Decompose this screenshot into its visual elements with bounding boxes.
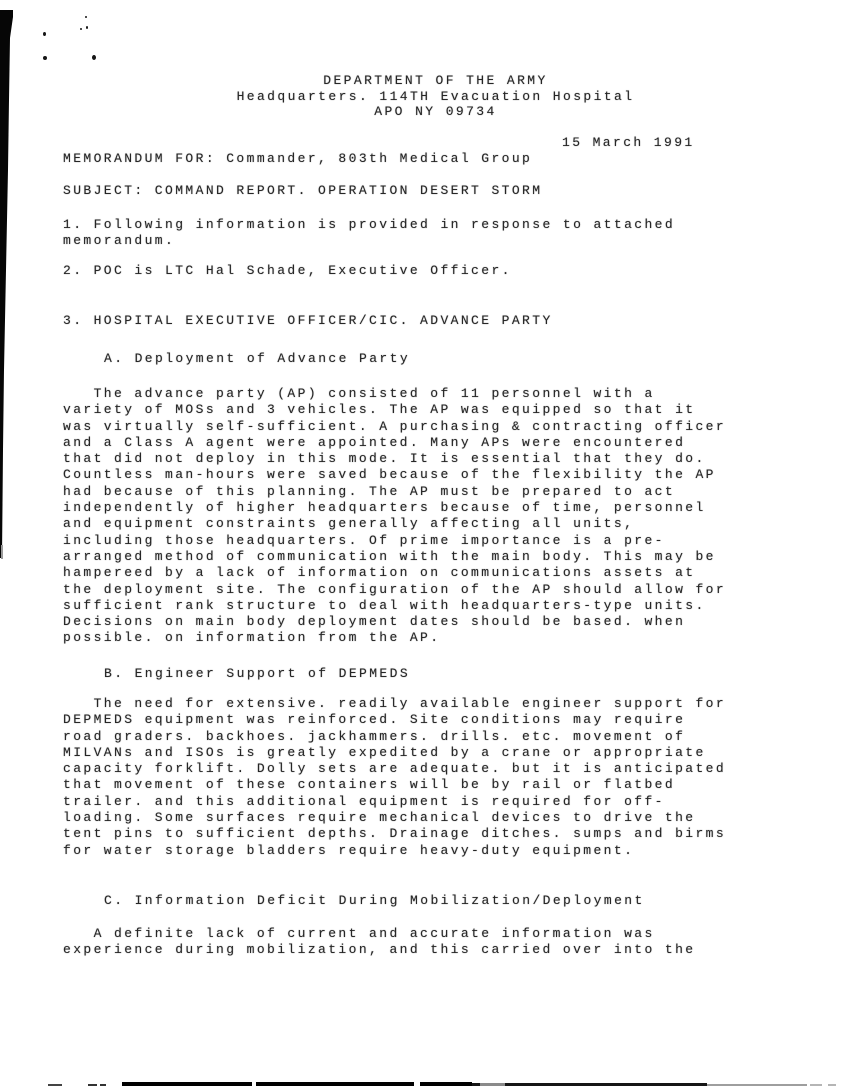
scan-speck xyxy=(86,26,88,29)
bottom-scan-line-gap xyxy=(252,1082,256,1086)
bottom-scan-line-gap xyxy=(414,1082,420,1086)
scan-speck xyxy=(43,32,46,36)
section-b-heading: B. Engineer Support of DEPMEDS xyxy=(104,666,410,682)
section-c-body: A definite lack of current and accurate … xyxy=(63,926,695,959)
bottom-scan-line-segment xyxy=(88,1084,97,1086)
scan-speck xyxy=(85,16,87,18)
section-a-heading: A. Deployment of Advance Party xyxy=(104,351,410,367)
paragraph-2: 2. POC is LTC Hal Schade, Executive Offi… xyxy=(63,263,512,279)
paragraph-1: 1. Following information is provided in … xyxy=(63,217,675,249)
scan-speck xyxy=(43,56,47,60)
subject-line: SUBJECT: COMMAND REPORT. OPERATION DESER… xyxy=(63,183,542,199)
section-b-body: The need for extensive. readily availabl… xyxy=(63,696,726,859)
memo-for-line: MEMORANDUM FOR: Commander, 803th Medical… xyxy=(63,151,532,167)
bottom-scan-line-segment xyxy=(480,1083,505,1086)
scanned-memo-page: DEPARTMENT OF THE ARMY Headquarters. 114… xyxy=(0,0,850,1089)
left-edge-scan-bar xyxy=(0,10,14,558)
bottom-scan-line-segment xyxy=(100,1084,106,1086)
scan-speck xyxy=(80,28,82,30)
bottom-scan-line-segment xyxy=(472,1083,707,1086)
bottom-scan-line-segment xyxy=(810,1084,822,1086)
left-edge-scan-bar-tail xyxy=(1,545,3,559)
bottom-scan-line-segment xyxy=(707,1084,807,1086)
doc-letterhead: DEPARTMENT OF THE ARMY Headquarters. 114… xyxy=(63,73,808,120)
section-c-heading: C. Information Deficit During Mobilizati… xyxy=(104,893,645,909)
section-3-heading: 3. HOSPITAL EXECUTIVE OFFICER/CIC. ADVAN… xyxy=(63,313,553,329)
doc-date: 15 March 1991 xyxy=(562,135,695,151)
section-a-body: The advance party (AP) consisted of 11 p… xyxy=(63,386,726,647)
scan-speck xyxy=(92,55,96,60)
bottom-scan-line-segment xyxy=(48,1084,62,1086)
bottom-scan-line-segment xyxy=(828,1084,836,1086)
